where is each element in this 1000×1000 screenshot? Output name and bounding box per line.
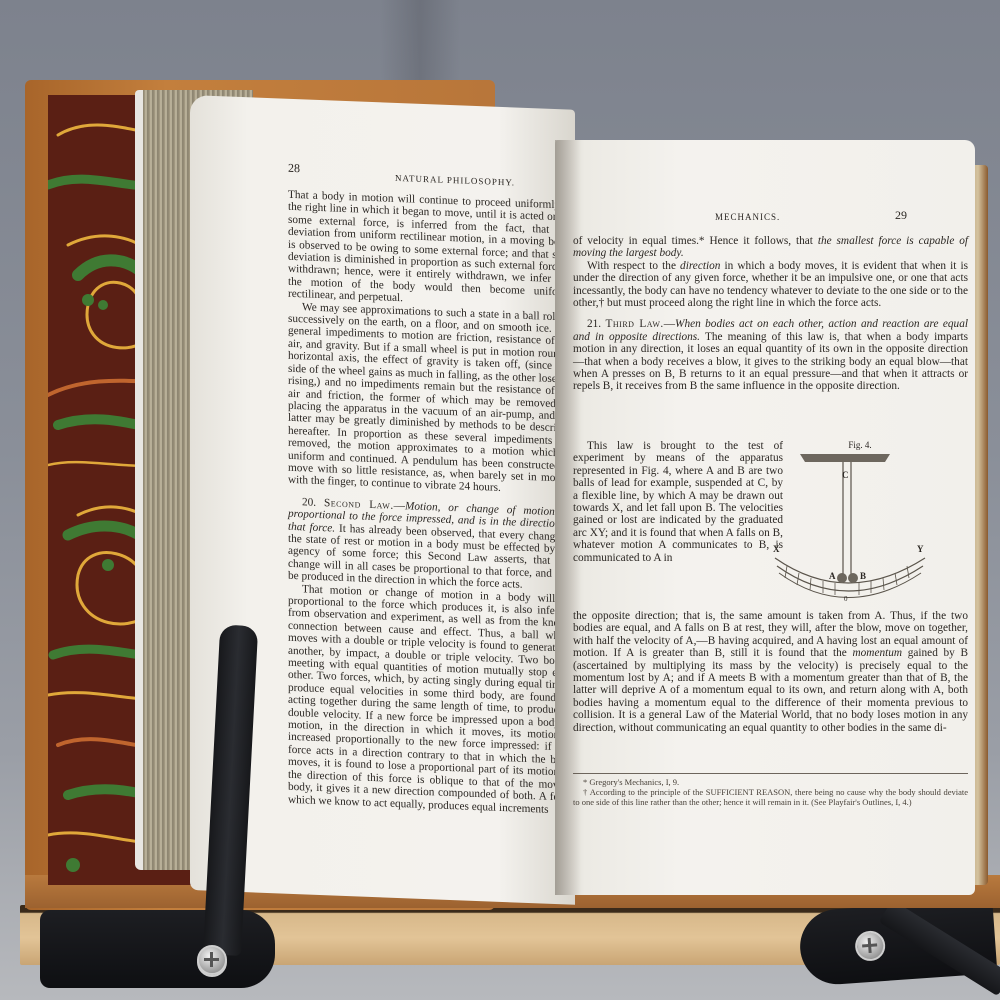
label-c: C xyxy=(842,470,849,480)
footnotes: * Gregory's Mechanics, I, 9. † According… xyxy=(573,777,968,807)
footnote: * Gregory's Mechanics, I, 9. xyxy=(573,777,968,787)
section-number: 21. xyxy=(587,318,601,330)
arc-scale-zero: 0 xyxy=(844,595,848,603)
pendulum-diagram-icon xyxy=(765,440,955,610)
label-x: X xyxy=(773,544,780,554)
screw-icon xyxy=(854,930,886,962)
paragraph: We may see approximations to such a stat… xyxy=(288,300,573,497)
right-page: MECHANICS. 29 of velocity in equal times… xyxy=(555,140,975,895)
section-20: 20. Second Law.—Motion, or change of mot… xyxy=(288,496,573,594)
page-number-right: 29 xyxy=(895,208,907,223)
section-number: 20. xyxy=(302,496,316,509)
paragraph-continuation: of velocity in equal times.* Hence it fo… xyxy=(573,235,968,260)
paragraph: That motion or change of motion in a bod… xyxy=(288,582,573,816)
left-page-body: That a body in motion will continue to p… xyxy=(288,189,573,817)
footnote: † According to the principle of the SUFF… xyxy=(573,787,968,807)
book-gutter-shadow xyxy=(555,140,581,895)
screw-icon xyxy=(197,945,227,975)
section-title: Third Law. xyxy=(606,318,664,330)
footnote-rule xyxy=(573,773,968,774)
running-head-right: MECHANICS. xyxy=(715,212,780,222)
paragraph: That a body in motion will continue to p… xyxy=(288,189,573,312)
section-21: 21. Third Law.—When bodies act on each o… xyxy=(573,318,968,392)
paragraph-direction: With respect to the direction in which a… xyxy=(573,260,968,310)
paragraph-after-figure: the opposite direction; that is, the sam… xyxy=(573,610,968,734)
right-page-body-top: of velocity in equal times.* Hence it fo… xyxy=(573,235,968,393)
label-y: Y xyxy=(917,544,924,554)
running-head-left: NATURAL PHILOSOPHY. xyxy=(395,173,515,188)
figure-4-pendulum-apparatus: Fig. 4. C A B X Y 0 xyxy=(765,440,955,610)
wrapped-paragraph: This law is brought to the test of exper… xyxy=(573,440,783,564)
page-number-left: 28 xyxy=(288,161,300,176)
label-a: A xyxy=(829,571,836,581)
label-b: B xyxy=(860,571,866,581)
